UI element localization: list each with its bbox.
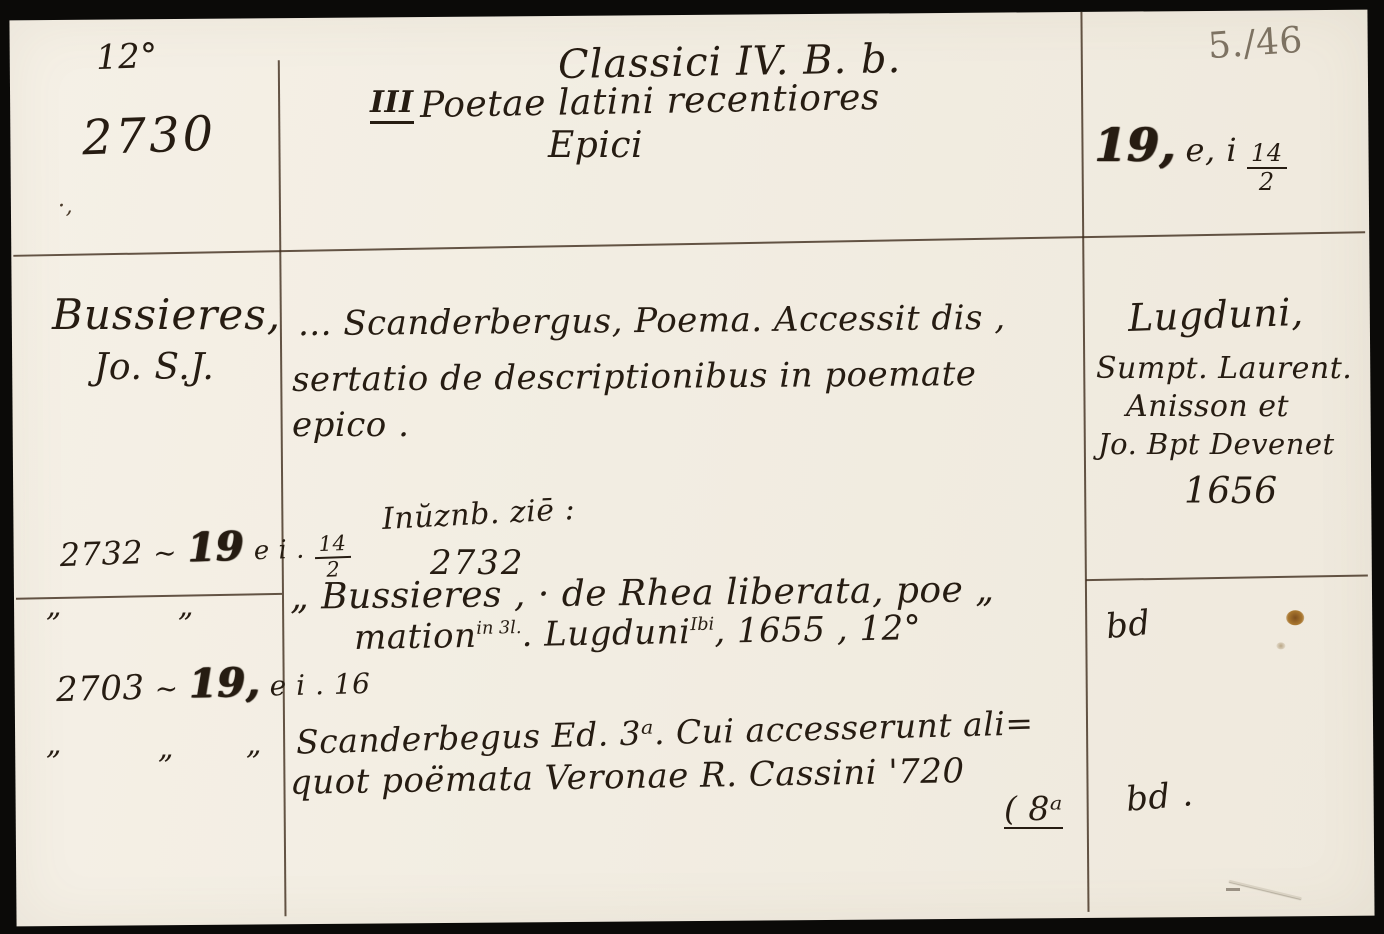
entry3-title-line-1: Scanderbegus Ed. 3ᵃ. Cui accesserunt ali… — [296, 706, 1034, 758]
shelf-row-number: 2703 — [56, 671, 145, 707]
subcategory-heading: Epici — [548, 128, 643, 164]
title-line-3: epico . — [292, 408, 409, 442]
shelf-row-fraction: 14 2 — [314, 533, 351, 581]
fraction-denominator: 2 — [1259, 169, 1275, 194]
title-line-1: ... Scanderbergus, Poema. Accessit dis , — [298, 301, 1006, 341]
binding-note: bd . — [1125, 777, 1195, 817]
shelf-row-number: 2732 — [59, 536, 144, 571]
ditto-mark: „ — [246, 730, 262, 760]
imprint-inline: . Lugduni — [521, 612, 690, 655]
pencil-accession-number: 5./46 — [1207, 23, 1304, 66]
shelf-row-letters: e i . 16 — [269, 670, 370, 701]
fraction-numerator: 14 — [314, 533, 351, 559]
shelf-row-2703: 2703 ~ 19, e i . 16 — [56, 660, 371, 708]
imprint-publisher-3: Jo. Bpt Devenet — [1098, 430, 1335, 459]
title-line-2: sertatio de descriptionibus in poemate — [292, 357, 977, 397]
imprint-publisher-2: Anisson et — [1126, 392, 1289, 422]
series-numeral: III — [370, 88, 414, 118]
ditto-mark: „ — [158, 734, 174, 764]
ditto-mark: „ — [46, 592, 62, 622]
tilde-mark: ~ — [154, 675, 179, 704]
series-numeral-text: III — [370, 85, 414, 124]
imprint-publisher-1: Sumpt. Laurent. — [1096, 354, 1352, 384]
shelfmark-letters: e, i — [1186, 134, 1238, 166]
tilde-mark: ~ — [153, 539, 178, 568]
format-note: 12° — [95, 39, 158, 75]
ditto-mark: „ — [178, 592, 194, 622]
entry3-title-line-2: quot poëmata Veronae R. Cassini '720 — [290, 754, 965, 800]
year-and-format: , 1655 , 12° — [714, 608, 922, 652]
imprint-place: Lugduni, — [1127, 293, 1304, 337]
shelf-row-mark: 19 — [186, 527, 244, 569]
entry2-title-line-2: mationin 3l.. LugduniIbi, 1655 , 12° — [354, 611, 922, 655]
author-forename: Jo. S.J. — [94, 350, 214, 386]
card-number: 2730 — [81, 110, 217, 163]
cross-reference-note: Inŭznb. ziē : — [381, 495, 576, 535]
interlinear-insertion: in 3l. — [476, 618, 522, 639]
shelfmark-top-right: 19, e, i 14 2 — [1094, 122, 1287, 194]
shelf-row-letters: e i . — [253, 537, 305, 565]
interlinear-ibi: Ibi — [690, 614, 714, 634]
pencil-dash — [1226, 888, 1240, 891]
fraction-numerator: 14 — [1247, 141, 1287, 169]
shelfmark-fraction: 14 2 — [1247, 141, 1287, 194]
title-continuation: mation — [354, 616, 477, 658]
imprint-year: 1656 — [1184, 474, 1278, 510]
category-heading: Poetae latini recentiores — [420, 80, 880, 124]
shelfmark-number: 19, — [1094, 122, 1176, 168]
stray-pen-mark: ·‚ — [58, 196, 73, 218]
ditto-mark: „ — [46, 730, 62, 760]
shelf-row-mark: 19, — [188, 663, 260, 705]
entry3-size-note: ( 8ᵃ — [1004, 792, 1063, 829]
author-name: Bussieres, — [52, 294, 281, 336]
binding-note: bd — [1104, 606, 1152, 644]
card-content: 12° 2730 ·‚ Classici IV. B. b. III Poeta… — [0, 0, 1384, 934]
